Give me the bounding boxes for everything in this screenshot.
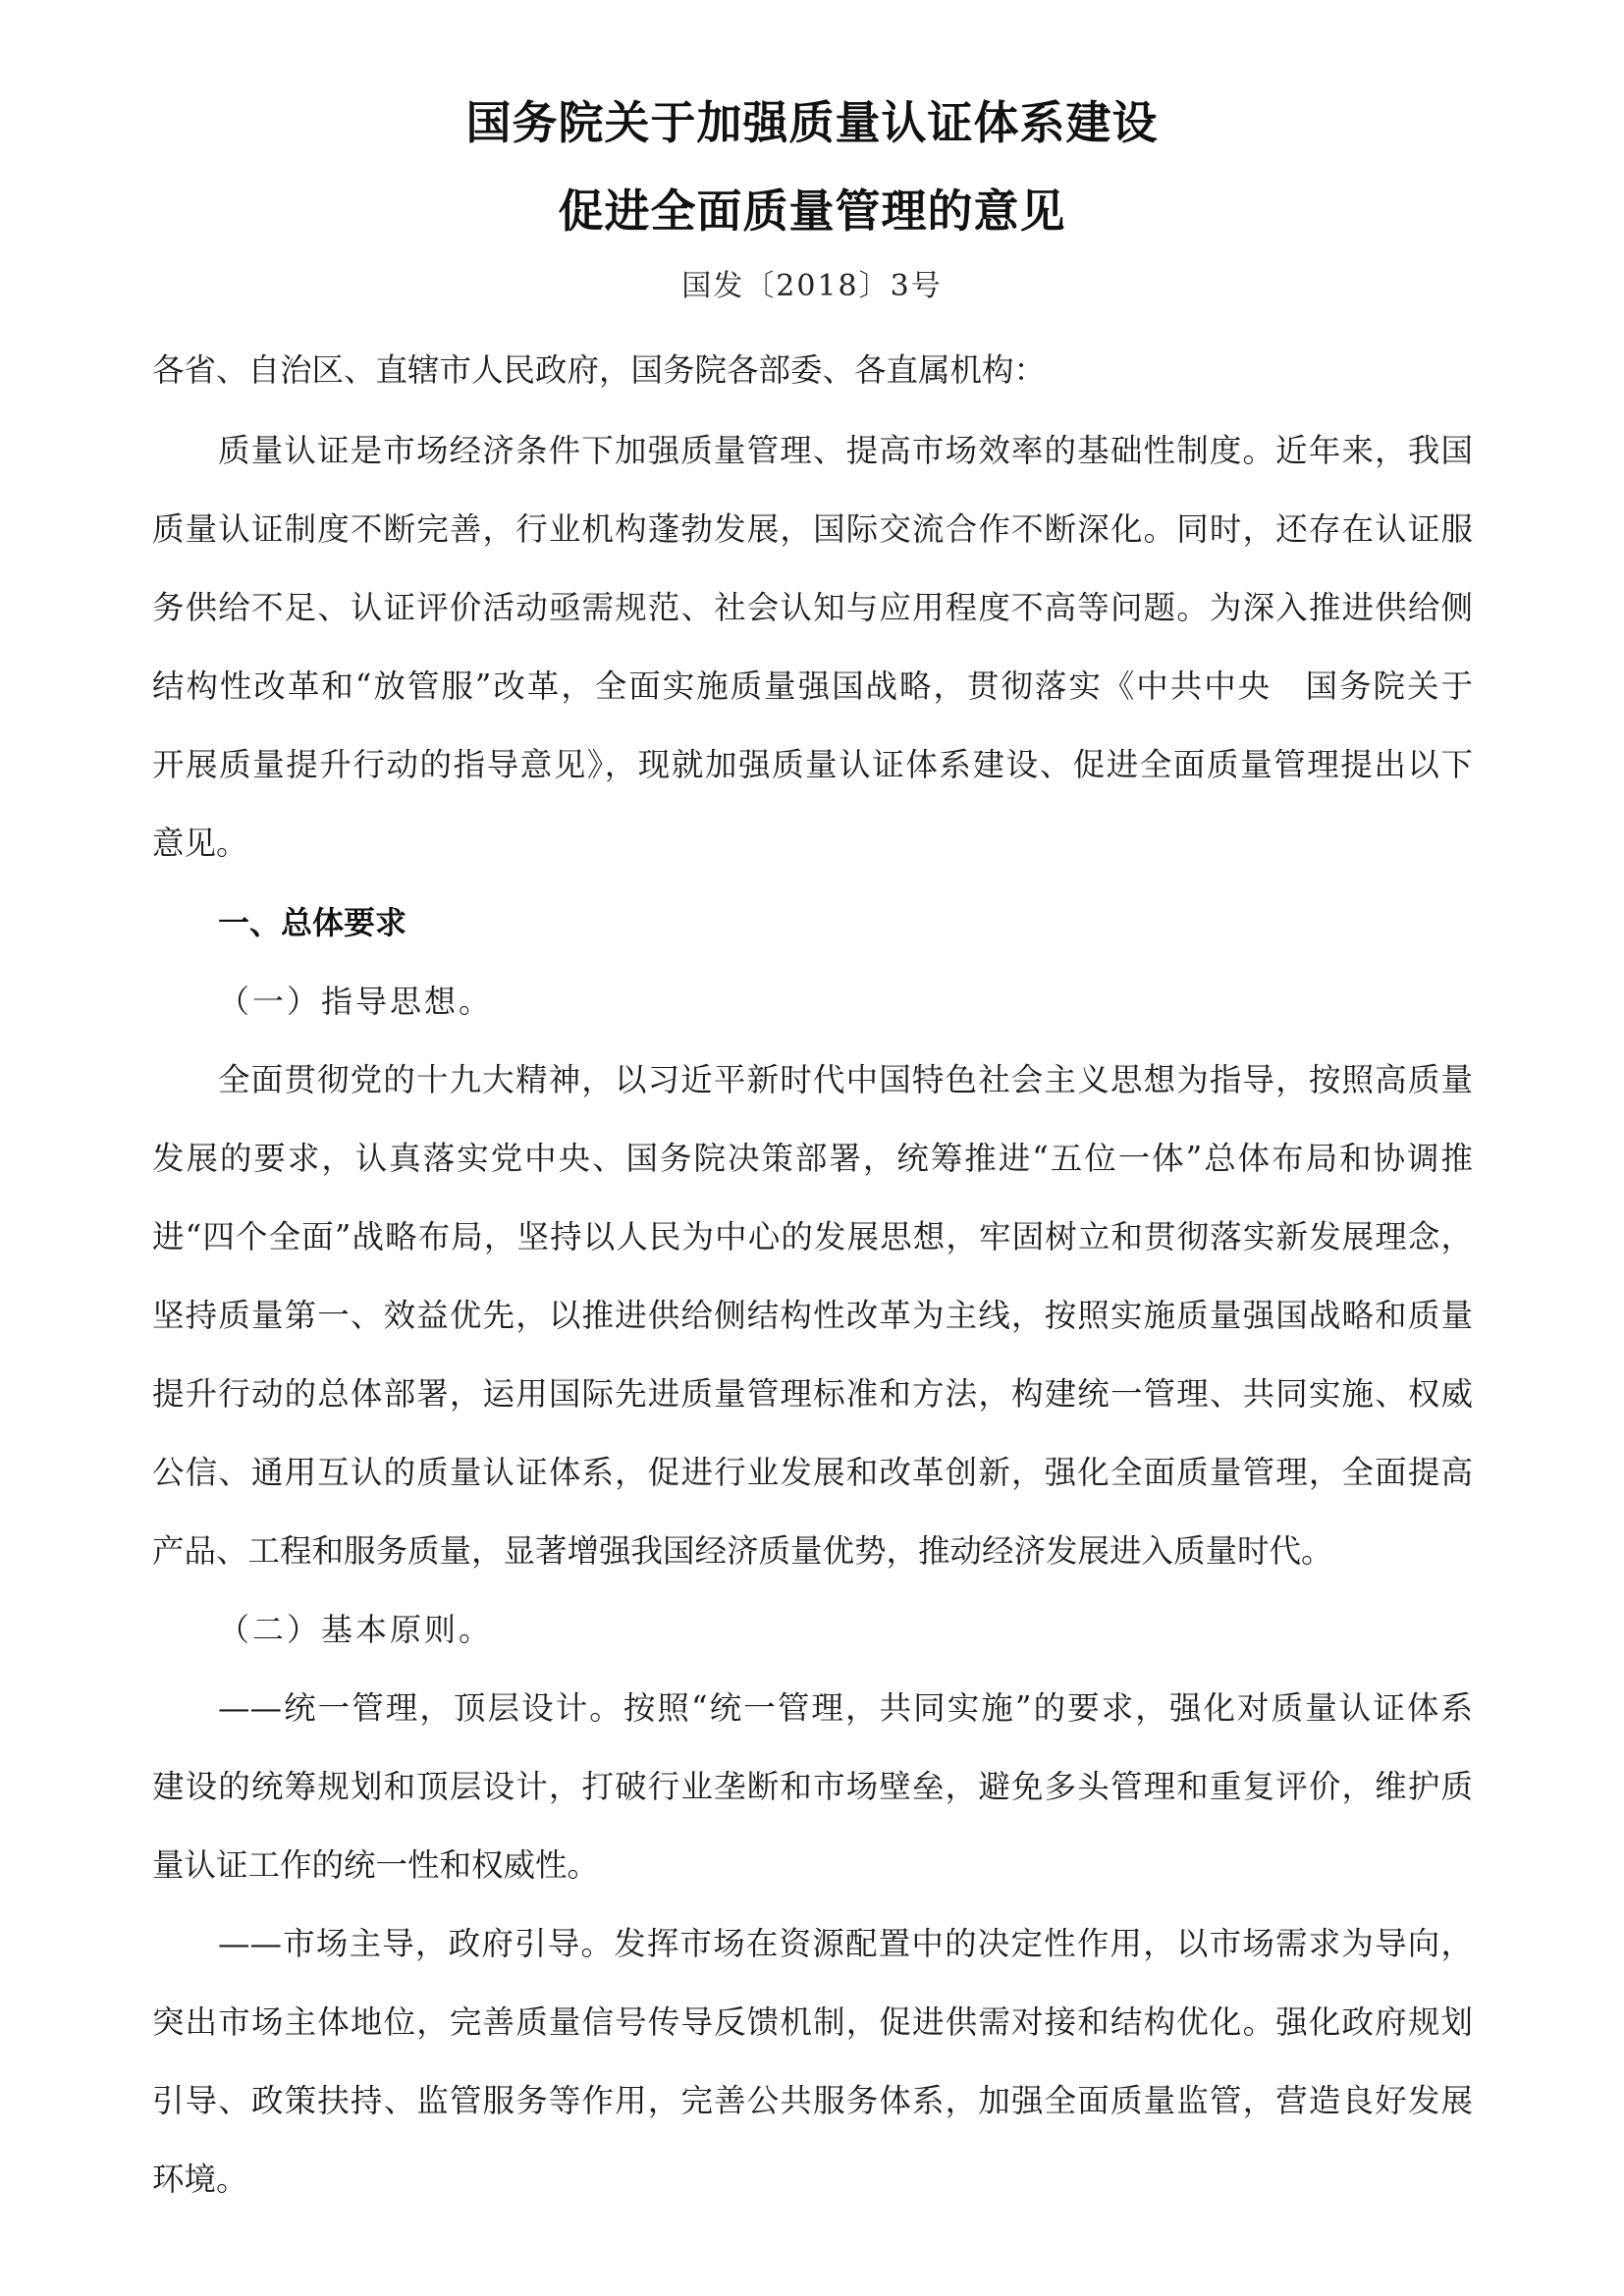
body-line: 公信、通用互认的质量认证体系，促进行业发展和改革创新，强化全面质量管理，全面提高 [152,1451,1473,1494]
document-number: 国发〔2018〕3号 [0,267,1624,306]
intro-line: 质量认证是市场经济条件下加强质量管理、提高市场效率的基础性制度。近年来，我国 [218,429,1473,472]
document-title-line1: 国务院关于加强质量认证体系建设 [0,93,1624,152]
intro-line: 结构性改革和“放管服”改革，全面实施质量强国战略，贯彻落实《中共中央 国务院关于 [152,665,1473,708]
principle-line: 建设的统筹规划和顶层设计，打破行业垄断和市场壁垒，避免多头管理和重复评价，维护质 [152,1765,1473,1808]
subsection-heading: （一）指导思想。 [218,980,493,1023]
body-line: 进“四个全面”战略布局，坚持以人民为中心的发展思想，牢固树立和贯彻落实新发展理念… [152,1215,1473,1258]
body-line: 发展的要求，认真落实党中央、国务院决策部署，统筹推进“五位一体”总体布局和协调推 [152,1137,1473,1180]
document-page: 国务院关于加强质量认证体系建设 促进全面质量管理的意见 国发〔2018〕3号 各… [0,0,1624,2296]
section-heading: 一、总体要求 [218,901,406,944]
body-line: 产品、工程和服务质量，显著增强我国经济质量优势，推动经济发展进入质量时代。 [152,1529,1473,1573]
intro-line: 质量认证制度不断完善，行业机构蓬勃发展，国际交流合作不断深化。同时，还存在认证服 [152,507,1473,551]
addressee: 各省、自治区、直辖市人民政府，国务院各部委、各直属机构： [152,348,1473,392]
body-line: 坚持质量第一、效益优先，以推进供给侧结构性改革为主线，按照实施质量强国战略和质量 [152,1294,1473,1337]
principle-line: 突出市场主体地位，完善质量信号传导反馈机制，促进供需对接和结构优化。强化政府规划 [152,2001,1473,2044]
principle-line: ——统一管理，顶层设计。按照“统一管理，共同实施”的要求，强化对质量认证体系 [218,1686,1473,1730]
subsection-heading: （二）基本原则。 [218,1608,493,1651]
principle-line: ——市场主导，政府引导。发挥市场在资源配置中的决定性作用，以市场需求为导向， [218,1922,1473,1965]
body-line: 提升行动的总体部署，运用国际先进质量管理标准和方法，构建统一管理、共同实施、权威 [152,1372,1473,1415]
principle-line: 环境。 [152,2158,1473,2201]
intro-line: 开展质量提升行动的指导意见》，现就加强质量认证体系建设、促进全面质量管理提出以下 [152,743,1473,786]
intro-line: 意见。 [152,822,1473,865]
body-line: 全面贯彻党的十九大精神，以习近平新时代中国特色社会主义思想为指导，按照高质量 [218,1058,1473,1101]
intro-line: 务供给不足、认证评价活动亟需规范、社会认知与应用程度不高等问题。为深入推进供给侧 [152,586,1473,629]
document-title-line2: 促进全面质量管理的意见 [0,182,1624,240]
principle-line: 引导、政策扶持、监管服务等作用，完善公共服务体系，加强全面质量监管，营造良好发展 [152,2079,1473,2122]
principle-line: 量认证工作的统一性和权威性。 [152,1843,1473,1887]
